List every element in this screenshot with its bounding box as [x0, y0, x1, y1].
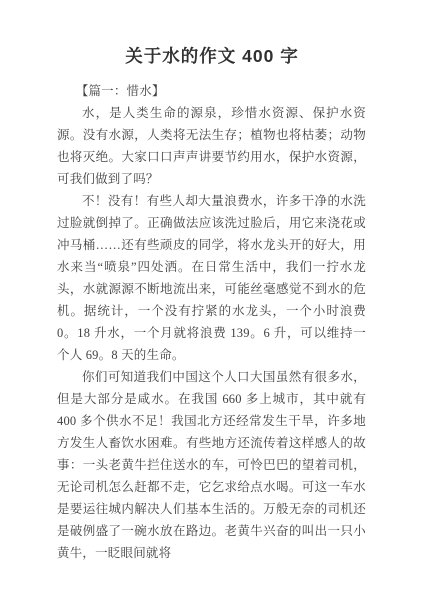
essay-paragraph: 不！没有！有些人却大量浪费水，许多干净的水洗过脸就倒掉了。正确做法应该洗过脸后，… — [57, 190, 366, 366]
essay-body: 【篇一：惜水】 水，是人类生命的源泉，珍惜水资源、保护水资源。没有水源，人类将无… — [57, 80, 366, 564]
essay-paragraph: 水，是人类生命的源泉，珍惜水资源、保护水资源。没有水源，人类将无法生存；植物也将… — [57, 102, 366, 190]
page-title: 关于水的作文 400 字 — [0, 46, 424, 66]
section-heading: 【篇一：惜水】 — [57, 80, 366, 102]
essay-paragraph: 你们可知道我们中国这个人口大国虽然有很多水，但是大部分是咸水。在我国 660 多… — [57, 366, 366, 564]
essay-page: 关于水的作文 400 字 【篇一：惜水】 水，是人类生命的源泉，珍惜水资源、保护… — [0, 0, 424, 600]
